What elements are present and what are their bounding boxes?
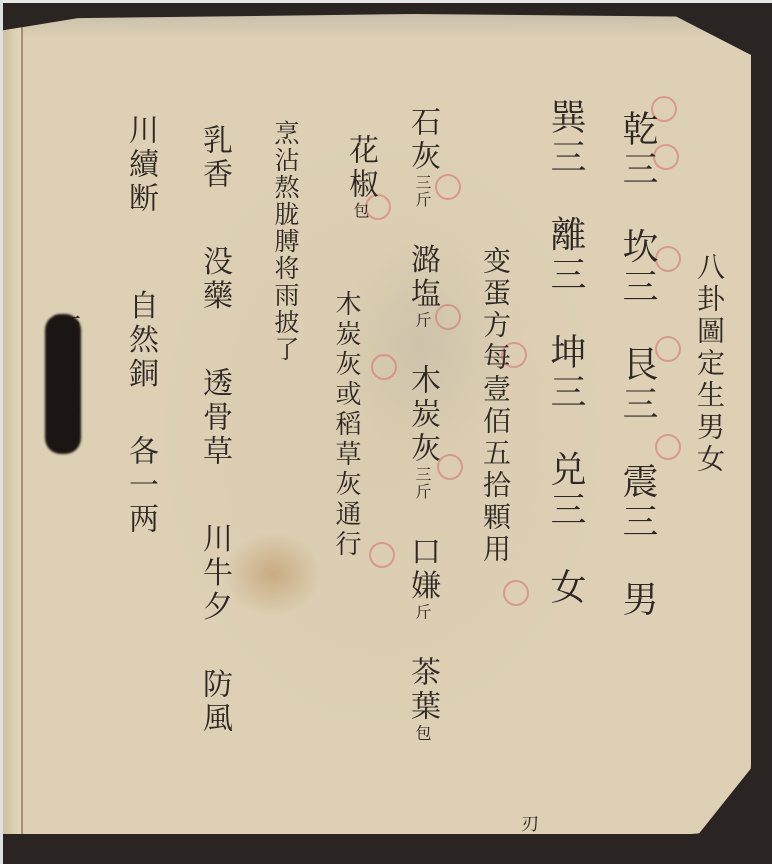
viewer-top-border	[0, 0, 772, 3]
quantity: 斤	[413, 604, 432, 621]
trigram-li: 離三	[545, 215, 586, 295]
ingredient: 木炭灰	[405, 364, 440, 466]
ingredient: 口嫌	[405, 536, 440, 604]
ash-note-text: 木炭灰或稻草灰通行	[331, 290, 361, 560]
trigram-gen: 艮三	[617, 345, 658, 425]
ingredient: 潞塩	[405, 244, 440, 312]
ink-blot	[45, 314, 81, 454]
herb-column-1: 乳香 没藥 透骨草 川牛夕 防風	[199, 124, 229, 736]
herb: 乳香	[197, 124, 232, 192]
trigram-kun: 坤三	[545, 333, 586, 413]
red-seal-mark	[371, 354, 397, 380]
herb: 没藥	[197, 246, 232, 314]
method-text: 烹沾熬胧膊将雨披了	[271, 120, 300, 363]
herb: 川續断	[123, 114, 158, 216]
red-seal-mark	[435, 174, 461, 200]
herb: 防風	[197, 668, 232, 736]
quantity: 包	[351, 202, 370, 219]
trigram-qian: 乾三	[617, 110, 658, 190]
egg-recipe-column: 变蛋方每壹佰五拾顆用	[481, 246, 509, 566]
ash-note-column: 木炭灰或稻草灰通行	[333, 290, 359, 560]
document-viewer: 八卦圖定生男女 乾三 坎三 艮三 震三 男 巽三 離三 坤三 兑三 女 变蛋方每…	[0, 0, 772, 864]
ingredient: 石灰	[405, 106, 440, 174]
trigram-female-column: 巽三 離三 坤三 兑三 女	[547, 98, 583, 608]
lime-ingredient-column: 石灰三斤 潞塩斤 木炭灰三斤 口嫌斤 茶葉包	[407, 106, 437, 741]
trigram-male-column: 乾三 坎三 艮三 震三 男	[619, 110, 655, 620]
ingredient: 茶葉	[405, 656, 440, 724]
herb-column-2: 川續断 自然銅 各一两	[125, 114, 155, 537]
herb: 川牛夕	[197, 523, 232, 625]
quantity: 三斤	[413, 466, 432, 500]
trigram-zhen: 震三	[617, 462, 658, 542]
manuscript-page: 八卦圖定生男女 乾三 坎三 艮三 震三 男 巽三 離三 坤三 兑三 女 变蛋方每…	[3, 14, 751, 834]
page-title: 八卦圖定生男女	[693, 252, 726, 476]
title-column: 八卦圖定生男女	[695, 252, 723, 476]
quantity: 斤	[413, 312, 432, 329]
quantity: 三斤	[413, 174, 432, 208]
trigram-xun: 巽三	[545, 98, 586, 178]
trigram-dui: 兑三	[545, 450, 586, 530]
red-seal-mark	[655, 434, 681, 460]
ingredient: 花椒	[343, 134, 378, 202]
red-seal-mark	[503, 580, 529, 606]
label-male: 男	[617, 580, 658, 620]
page-number: 刃	[521, 810, 539, 836]
pepper-column: 花椒包	[345, 134, 375, 219]
binding-edge	[3, 14, 21, 834]
quantity: 包	[413, 724, 432, 741]
dosage: 各一两	[123, 435, 158, 537]
method-column: 烹沾熬胧膊将雨披了	[273, 120, 298, 363]
herb: 自然銅	[123, 290, 158, 392]
red-seal-mark	[655, 336, 681, 362]
red-seal-mark	[655, 246, 681, 272]
binding-line	[21, 14, 23, 834]
label-female: 女	[545, 568, 586, 608]
trigram-kan: 坎三	[617, 227, 658, 307]
viewer-left-border	[0, 0, 3, 864]
red-seal-mark	[437, 454, 463, 480]
herb: 透骨草	[197, 367, 232, 469]
red-seal-mark	[369, 542, 395, 568]
egg-recipe-text: 变蛋方每壹佰五拾顆用	[479, 246, 512, 566]
